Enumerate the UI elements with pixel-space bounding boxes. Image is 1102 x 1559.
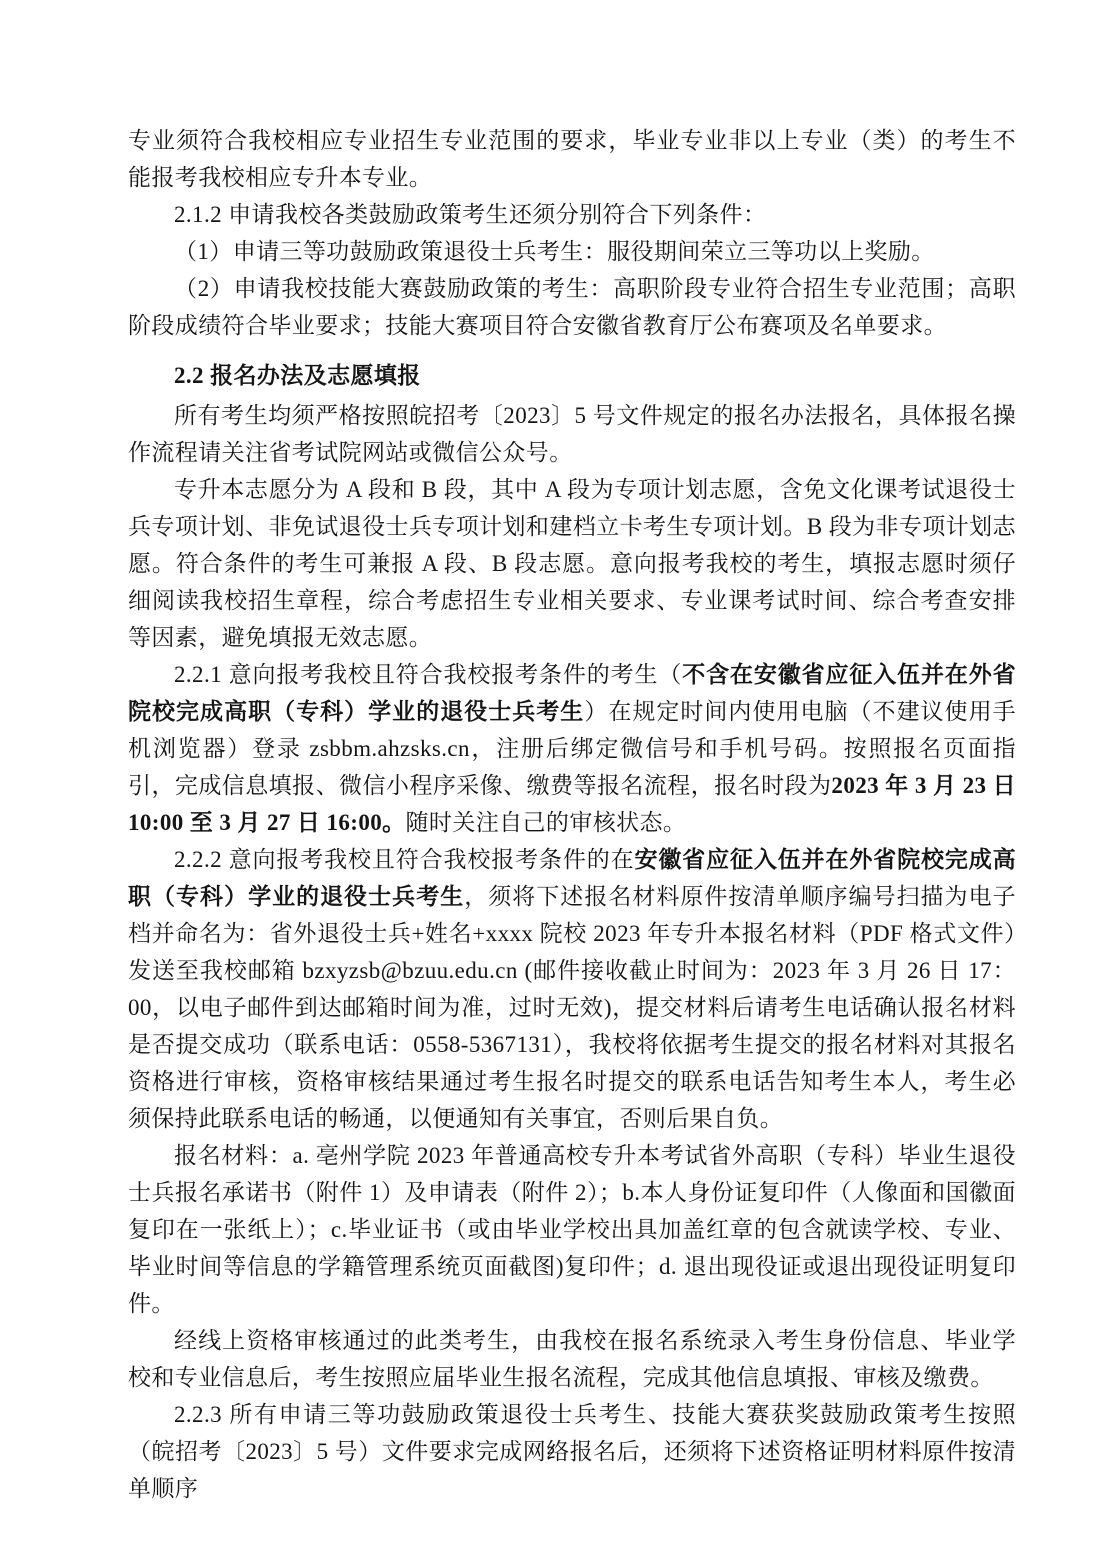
text-run: 经线上资格审核通过的此类考生，由我校在报名系统录入考生身份信息、毕业学校和专业信… xyxy=(128,1328,1016,1390)
paragraph: （1）申请三等功鼓励政策退役士兵考生：服役期间荣立三等功以上奖励。 xyxy=(128,233,1016,270)
section-heading: 2.2 报名办法及志愿填报 xyxy=(128,357,1016,394)
text-run: 专业须符合我校相应专业招生专业范围的要求，毕业专业非以上专业（类）的考生不能报考… xyxy=(128,128,1016,190)
paragraph: 经线上资格审核通过的此类考生，由我校在报名系统录入考生身份信息、毕业学校和专业信… xyxy=(128,1322,1016,1396)
paragraph: 2.2.1 意向报考我校且符合我校报考条件的考生（不含在安徽省应征入伍并在外省院… xyxy=(128,656,1016,841)
text-run: 2.1.2 申请我校各类鼓励政策考生还须分别符合下列条件： xyxy=(174,202,766,227)
text-run: 2.2 报名办法及志愿填报 xyxy=(174,363,421,388)
document-page: 专业须符合我校相应专业招生专业范围的要求，毕业专业非以上专业（类）的考生不能报考… xyxy=(0,0,1102,1559)
text-run: （2）申请我校技能大赛鼓励政策的考生：高职阶段专业符合招生专业范围；高职阶段成绩… xyxy=(128,276,1016,338)
text-run: （1）申请三等功鼓励政策退役士兵考生：服役期间荣立三等功以上奖励。 xyxy=(174,239,935,264)
text-run: ，须将下述报名材料原件按清单顺序编号扫描为电子档并命名为：省外退役士兵+姓名+x… xyxy=(128,884,1016,1131)
paragraph: 报名材料：a. 亳州学院 2023 年普通高校专升本考试省外高职（专科）毕业生退… xyxy=(128,1137,1016,1322)
paragraph: （2）申请我校技能大赛鼓励政策的考生：高职阶段专业符合招生专业范围；高职阶段成绩… xyxy=(128,270,1016,344)
paragraph: 专升本志愿分为 A 段和 B 段，其中 A 段为专项计划志愿，含免文化课考试退役… xyxy=(128,471,1016,656)
document-body: 专业须符合我校相应专业招生专业范围的要求，毕业专业非以上专业（类）的考生不能报考… xyxy=(128,122,1016,1507)
text-run: 所有考生均须严格按照皖招考〔2023〕5 号文件规定的报名办法报名，具体报名操作… xyxy=(128,403,1016,465)
paragraph: 2.2.2 意向报考我校且符合我校报考条件的在安徽省应征入伍并在外省院校完成高职… xyxy=(128,841,1016,1137)
paragraph: 所有考生均须严格按照皖招考〔2023〕5 号文件规定的报名办法报名，具体报名操作… xyxy=(128,397,1016,471)
text-run: 2.2.2 意向报考我校且符合我校报考条件的在 xyxy=(174,847,634,872)
text-run: 随时关注自己的审核状态。 xyxy=(406,810,687,835)
paragraph: 2.1.2 申请我校各类鼓励政策考生还须分别符合下列条件： xyxy=(128,196,1016,233)
page-number: 2 xyxy=(0,1443,1102,1463)
text-run: 报名材料：a. 亳州学院 2023 年普通高校专升本考试省外高职（专科）毕业生退… xyxy=(128,1143,1016,1316)
text-run: 专升本志愿分为 A 段和 B 段，其中 A 段为专项计划志愿，含免文化课考试退役… xyxy=(128,477,1016,650)
text-run: 2.2.1 意向报考我校且符合我校报考条件的考生（ xyxy=(174,662,682,687)
paragraph: 专业须符合我校相应专业招生专业范围的要求，毕业专业非以上专业（类）的考生不能报考… xyxy=(128,122,1016,196)
